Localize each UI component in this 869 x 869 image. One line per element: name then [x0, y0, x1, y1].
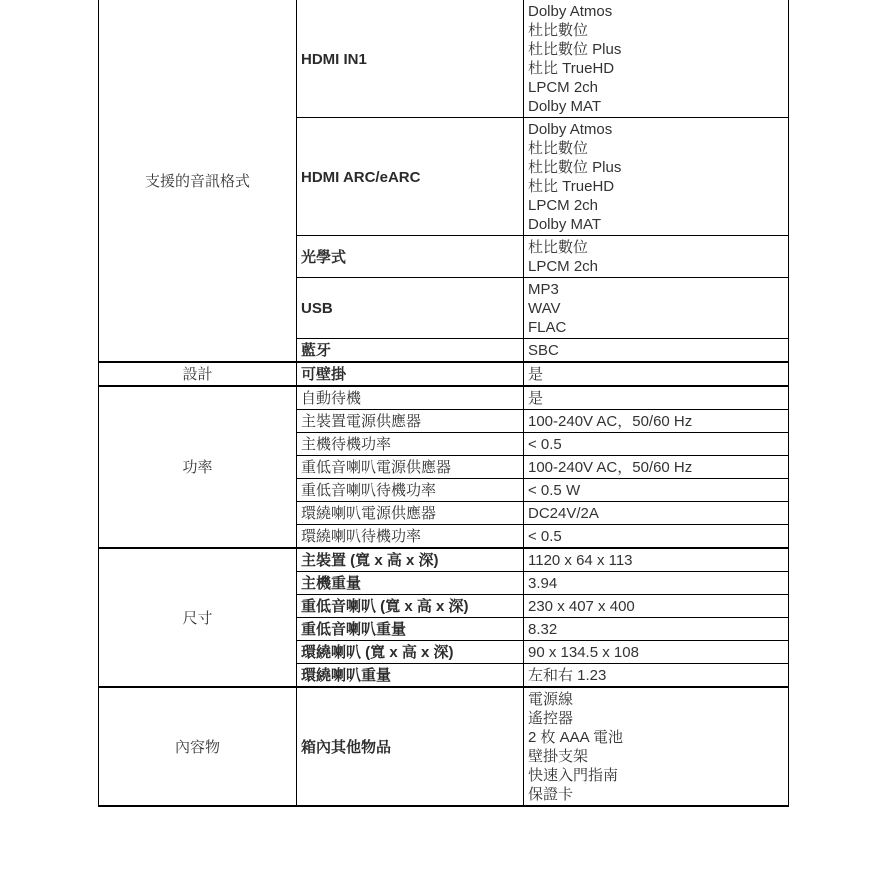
spec-value-line: 100-240V AC，50/60 Hz: [528, 412, 784, 431]
spec-label: HDMI ARC/eARC: [297, 118, 524, 236]
spec-value: 100-240V AC，50/60 Hz: [524, 456, 789, 479]
spec-value: MP3WAVFLAC: [524, 278, 789, 339]
spec-row: 尺寸主裝置 (寬 x 高 x 深)1120 x 64 x 113: [99, 548, 789, 572]
spec-value-line: FLAC: [528, 318, 784, 337]
spec-value-line: 3.94: [528, 574, 784, 593]
spec-value-line: 杜比數位 Plus: [528, 158, 784, 177]
spec-value-line: < 0.5 W: [528, 481, 784, 500]
spec-value: Dolby Atmos杜比數位杜比數位 Plus杜比 TrueHDLPCM 2c…: [524, 0, 789, 118]
spec-value-line: LPCM 2ch: [528, 257, 784, 276]
spec-value-line: 100-240V AC，50/60 Hz: [528, 458, 784, 477]
spec-value: SBC: [524, 339, 789, 363]
spec-label: 可壁掛: [297, 362, 524, 386]
spec-row: 功率自動待機是: [99, 386, 789, 410]
spec-label: 重低音喇叭 (寬 x 高 x 深): [297, 595, 524, 618]
spec-row: 設計可壁掛是: [99, 362, 789, 386]
spec-value-line: 壁掛支架: [528, 747, 784, 766]
spec-value-line: Dolby MAT: [528, 97, 784, 116]
spec-label: HDMI IN1: [297, 0, 524, 118]
spec-value: 左和右 1.23: [524, 664, 789, 688]
spec-value-line: 杜比數位: [528, 139, 784, 158]
spec-value-line: 電源線: [528, 690, 784, 709]
spec-row: 內容物箱內其他物品電源線遙控器2 枚 AAA 電池壁掛支架快速入門指南保證卡: [99, 687, 789, 806]
spec-value-line: DC24V/2A: [528, 504, 784, 523]
spec-table-body: 支援的音訊格式HDMI IN1Dolby Atmos杜比數位杜比數位 Plus杜…: [99, 0, 789, 806]
spec-value: 100-240V AC，50/60 Hz: [524, 410, 789, 433]
spec-label: 箱內其他物品: [297, 687, 524, 806]
spec-value: 8.32: [524, 618, 789, 641]
spec-value: 是: [524, 386, 789, 410]
spec-value: 90 x 134.5 x 108: [524, 641, 789, 664]
spec-value-line: 90 x 134.5 x 108: [528, 643, 784, 662]
spec-value: < 0.5: [524, 525, 789, 549]
spec-label: 重低音喇叭重量: [297, 618, 524, 641]
spec-page: 支援的音訊格式HDMI IN1Dolby Atmos杜比數位杜比數位 Plus杜…: [0, 0, 869, 869]
spec-value-line: 杜比數位: [528, 21, 784, 40]
spec-value-line: SBC: [528, 341, 784, 360]
spec-label: USB: [297, 278, 524, 339]
spec-value: < 0.5: [524, 433, 789, 456]
spec-value-line: WAV: [528, 299, 784, 318]
spec-value: 230 x 407 x 400: [524, 595, 789, 618]
spec-value: 電源線遙控器2 枚 AAA 電池壁掛支架快速入門指南保證卡: [524, 687, 789, 806]
spec-value-line: 杜比數位: [528, 238, 784, 257]
spec-value: DC24V/2A: [524, 502, 789, 525]
spec-label: 主裝置 (寬 x 高 x 深): [297, 548, 524, 572]
spec-value: 3.94: [524, 572, 789, 595]
spec-value: < 0.5 W: [524, 479, 789, 502]
category-cell: 內容物: [99, 687, 297, 806]
spec-value-line: 1120 x 64 x 113: [528, 551, 784, 570]
spec-row: 支援的音訊格式HDMI IN1Dolby Atmos杜比數位杜比數位 Plus杜…: [99, 0, 789, 118]
spec-value-line: 左和右 1.23: [528, 666, 784, 685]
spec-label: 環繞喇叭 (寬 x 高 x 深): [297, 641, 524, 664]
spec-value-line: Dolby MAT: [528, 215, 784, 234]
spec-value-line: 杜比 TrueHD: [528, 177, 784, 196]
spec-value: Dolby Atmos杜比數位杜比數位 Plus杜比 TrueHDLPCM 2c…: [524, 118, 789, 236]
spec-value-line: 8.32: [528, 620, 784, 639]
category-cell: 尺寸: [99, 548, 297, 687]
spec-value-line: < 0.5: [528, 527, 784, 546]
spec-value: 杜比數位LPCM 2ch: [524, 236, 789, 278]
spec-value: 1120 x 64 x 113: [524, 548, 789, 572]
spec-label: 光學式: [297, 236, 524, 278]
spec-label: 主機待機功率: [297, 433, 524, 456]
spec-label: 環繞喇叭電源供應器: [297, 502, 524, 525]
spec-value-line: 230 x 407 x 400: [528, 597, 784, 616]
spec-value-line: 快速入門指南: [528, 766, 784, 785]
spec-value-line: 是: [528, 365, 784, 384]
spec-label: 重低音喇叭待機功率: [297, 479, 524, 502]
spec-label: 環繞喇叭待機功率: [297, 525, 524, 549]
spec-value-line: 2 枚 AAA 電池: [528, 728, 784, 747]
spec-label: 自動待機: [297, 386, 524, 410]
spec-table: 支援的音訊格式HDMI IN1Dolby Atmos杜比數位杜比數位 Plus杜…: [98, 0, 789, 807]
spec-label: 主機重量: [297, 572, 524, 595]
category-cell: 支援的音訊格式: [99, 0, 297, 362]
spec-value-line: 是: [528, 389, 784, 408]
spec-value-line: 杜比 TrueHD: [528, 59, 784, 78]
spec-value-line: LPCM 2ch: [528, 78, 784, 97]
spec-label: 環繞喇叭重量: [297, 664, 524, 688]
spec-value-line: Dolby Atmos: [528, 120, 784, 139]
spec-label: 重低音喇叭電源供應器: [297, 456, 524, 479]
spec-value: 是: [524, 362, 789, 386]
spec-value-line: < 0.5: [528, 435, 784, 454]
category-cell: 設計: [99, 362, 297, 386]
spec-value-line: 杜比數位 Plus: [528, 40, 784, 59]
spec-label: 藍牙: [297, 339, 524, 363]
spec-value-line: 保證卡: [528, 785, 784, 804]
spec-value-line: LPCM 2ch: [528, 196, 784, 215]
spec-label: 主裝置電源供應器: [297, 410, 524, 433]
spec-value-line: 遙控器: [528, 709, 784, 728]
spec-value-line: MP3: [528, 280, 784, 299]
category-cell: 功率: [99, 386, 297, 548]
spec-value-line: Dolby Atmos: [528, 2, 784, 21]
